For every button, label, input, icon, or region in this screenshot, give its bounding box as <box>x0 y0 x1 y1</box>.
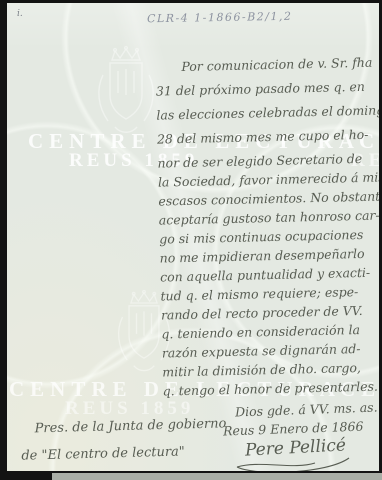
addressee-block: Pres. de la Junta de gobierno de "El cen… <box>20 410 227 469</box>
body-line: Por comunicacion de v. Sr. fha <box>181 52 379 76</box>
signature-flourish-icon <box>231 454 357 471</box>
valediction: Dios gde. á VV. ms. as. <box>235 400 378 420</box>
corner-mark: i. <box>17 9 23 19</box>
scanned-letter-page: CENTRE DE LECTURA CENTRE DE LECTURA REUS… <box>0 0 382 480</box>
letter-paper: CENTRE DE LECTURA CENTRE DE LECTURA REUS… <box>7 3 379 471</box>
crest-watermark-icon <box>91 45 161 137</box>
scanner-bed-strip <box>52 473 382 480</box>
body-line: 31 del próximo pasado mes q. en <box>156 76 379 100</box>
archival-reference: CLR-4 1-1866-B2/1,2 <box>147 10 293 26</box>
letter-body: Por comunicacion de v. Sr. fha 31 del pr… <box>155 52 379 400</box>
body-line: 28 del mismo mes me cupo el ho- <box>157 124 379 148</box>
addressee-line: de "El centro de lectura" <box>21 437 227 469</box>
body-line: las elecciones celebradas el domingo <box>156 100 379 124</box>
addressee-line: Pres. de la Junta de gobierno <box>34 410 226 442</box>
